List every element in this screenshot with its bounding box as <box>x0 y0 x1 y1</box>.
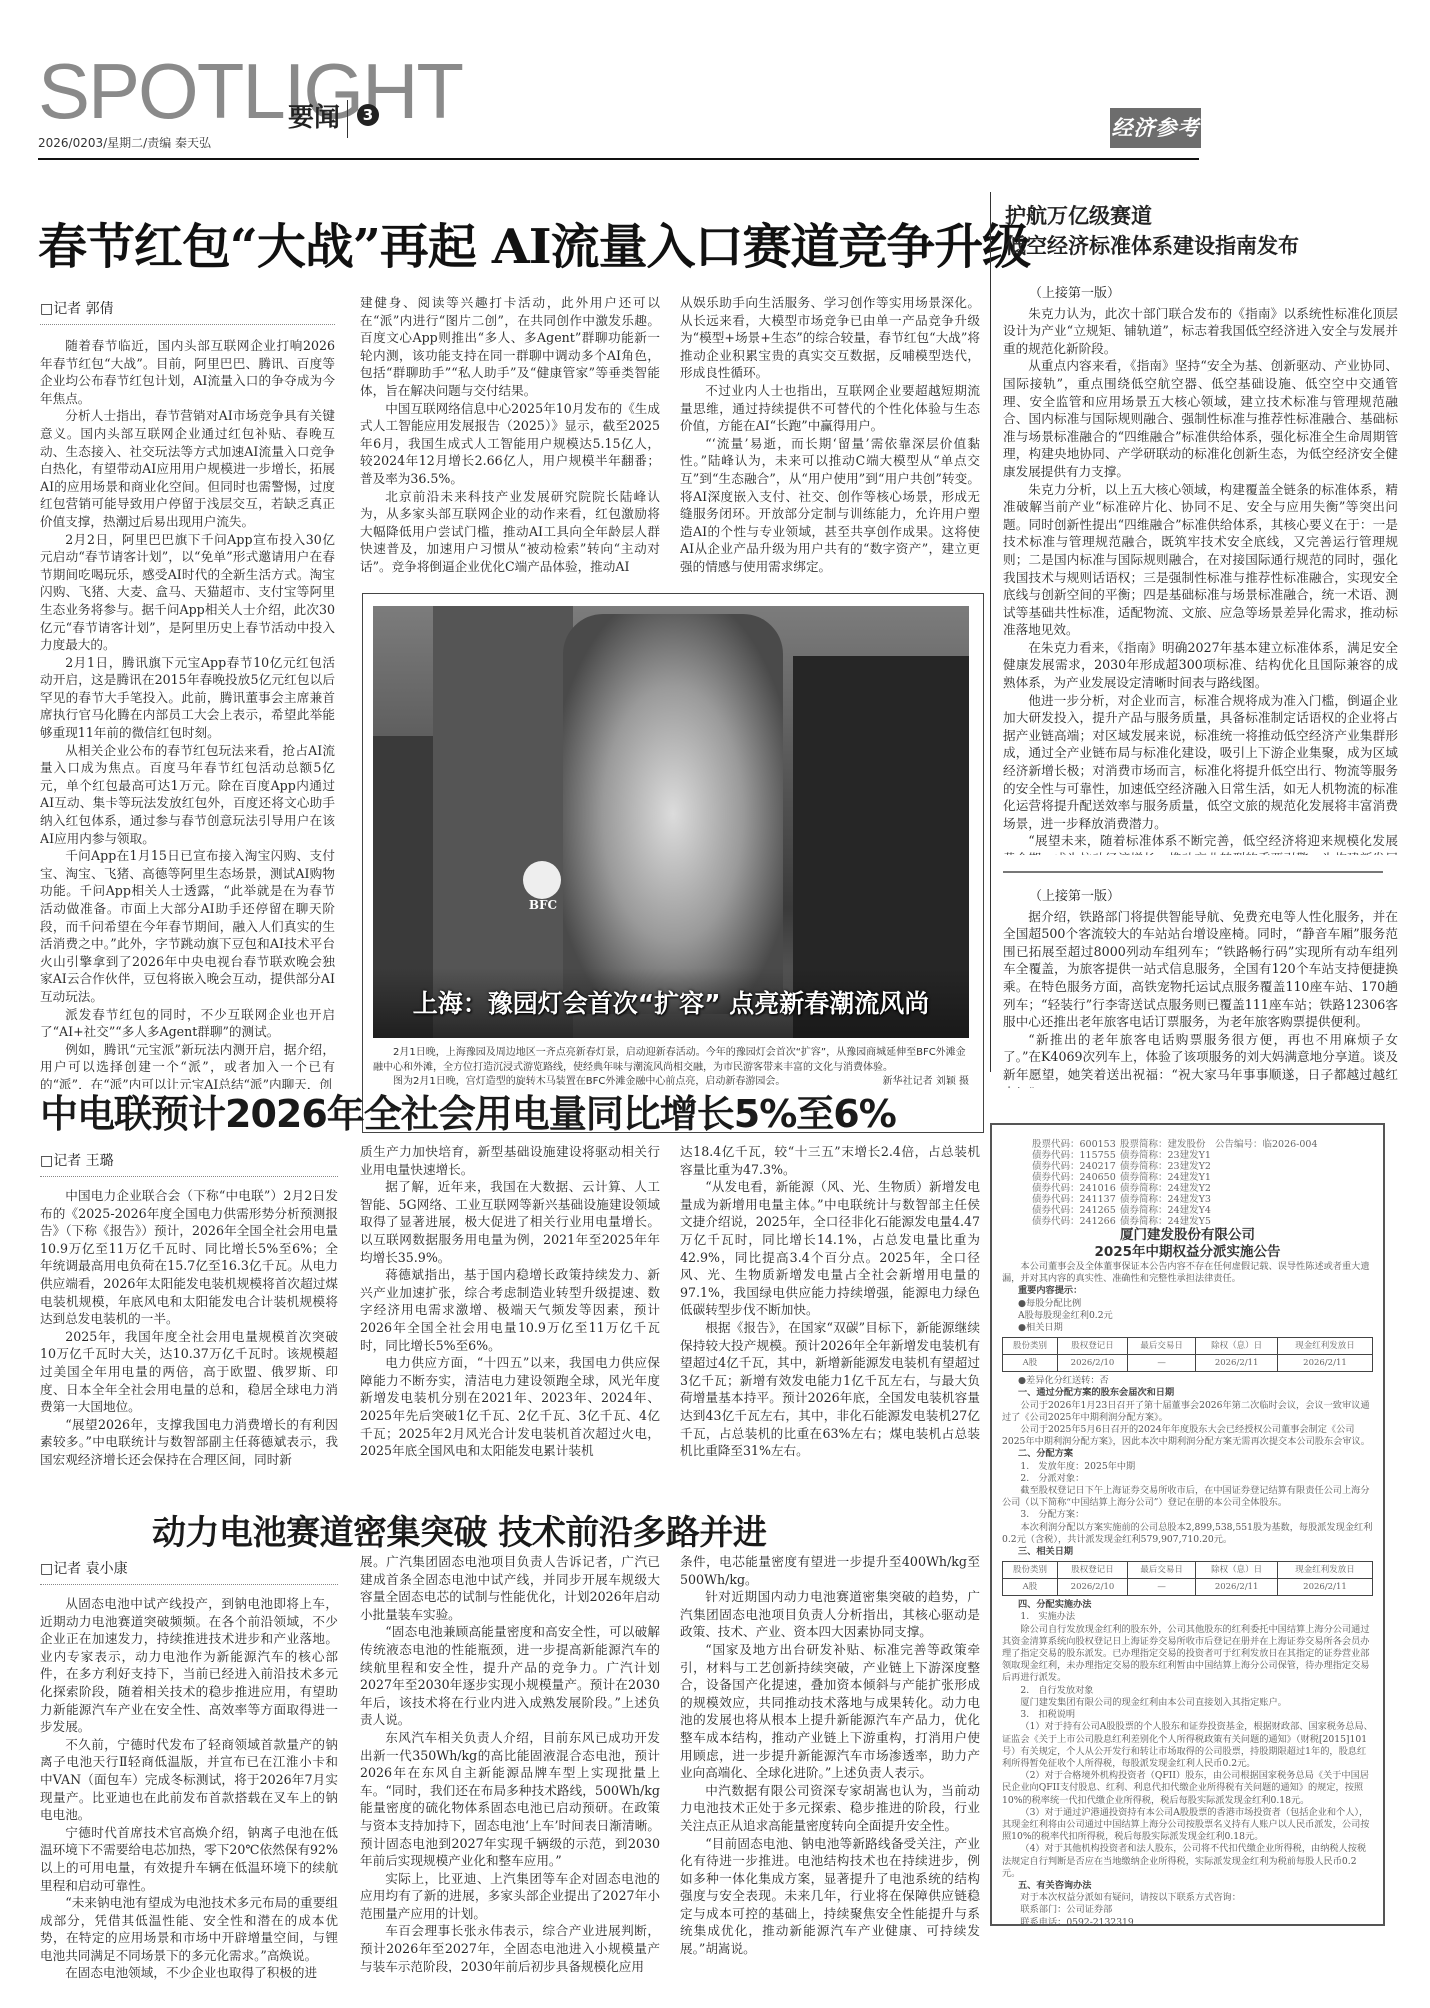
main-headline: 春节红包“大战”再起 AI流量入口赛道竞争升级 <box>38 208 1030 277</box>
battery-article-col3: 条件，电芯能量密度有望进一步提升至400Wh/kg至500Wh/kg。 针对近期… <box>680 1553 980 1973</box>
paragraph: “从发电看，新能源（风、光、生物质）新增发电量成为新增用电量主体。”中电联统计与… <box>680 1178 980 1319</box>
paragraph: 派发春节红包的同时，不少互联网企业也开启了“AI+社交”“多人多Agent群聊”… <box>40 1006 335 1041</box>
paragraph: 中国互联网络信息中心2025年10月发布的《生成式人工智能应用发展报告（2025… <box>360 400 660 488</box>
news-photo[interactable]: BFC 上海：豫园灯会首次“扩容” 点亮新春潮流风尚 <box>373 606 969 1038</box>
sidebar-divider <box>990 192 991 1072</box>
paragraph: 千问App在1月15日已宣布接入淘宝闪购、支付宝、淘宝、飞猪、高德等阿里生态场景… <box>40 847 335 1005</box>
paragraph: 分析人士指出，春节营销对AI市场竞争具有关键意义。国内头部互联网企业通过红包补贴… <box>40 407 335 530</box>
sidebar-headline-line1: 护航万亿级赛道 <box>1005 200 1152 230</box>
dates-table: 股份类别股权登记日最后交易日除权（息）日现金红利发放日 A股2026/2/10—… <box>1002 1561 1373 1596</box>
paragraph: “固态电池兼顾高能量密度和高安全性，可以破解传统液态电池的性能瓶颈，进一步提高新… <box>360 1623 660 1729</box>
paragraph: 在朱克力看来，《指南》明确2027年基本建立标准体系，满足安全健康发展需求，20… <box>1003 639 1398 692</box>
newspaper-logo: 经济参考报 <box>1110 108 1201 148</box>
section-heading: 三、相关日期 <box>1002 1546 1373 1558</box>
paragraph: 建健身、阅读等兴趣打卡活动，此外用户还可以在“派”内进行“图片二创”，在共同创作… <box>360 294 660 400</box>
disclaimer: 本公司董事会及全体董事保证本公告内容不存在任何虚假记载、误导性陈述或者重大遗漏，… <box>1002 1261 1373 1285</box>
dateline: 2026/0203/星期二/责编 秦天弘 <box>38 134 211 151</box>
section-heading: 四、分配实施办法 <box>1002 1599 1373 1611</box>
paragraph: 从娱乐助手向生活服务、学习创作等实用场景深化。从长远来看，大模型市场竞争已由单一… <box>680 294 980 382</box>
paragraph: 中国电力企业联合会（下称“中电联”）2月2日发布的《2025-2026年度全国电… <box>40 1187 338 1328</box>
section-heading: 一、通过分配方案的股东会届次和日期 <box>1002 1387 1373 1399</box>
article-body: 随着春节临近，国内头部互联网企业打响2026年春节红包“大战”。目前，阿里巴巴、… <box>40 337 335 1089</box>
power-article-col2: 质生产力加快培育，新型基础设施建设将驱动相关行业用电量快速增长。 据了解，近年来… <box>360 1143 660 1483</box>
sidebar-article-body: （上接第一版） 朱克力认为，此次十部门联合发布的《指南》以系统性标准化顶层设计为… <box>1003 285 1398 855</box>
bfc-sign <box>523 861 561 899</box>
masthead-rule <box>38 158 1199 160</box>
page-number-badge: 3 <box>357 104 379 126</box>
paragraph: 2025年，我国年度全社会用电量规模首次突破10万亿千瓦时大关，达10.37万亿… <box>40 1328 338 1416</box>
paragraph: 2月1日，腾讯旗下元宝App春节10亿元红包活动开启，这是腾讯在2015年春晚投… <box>40 654 335 742</box>
bullet: ●每股分配比例 <box>1002 1298 1373 1310</box>
main-article-col1: □记者 郭倩 随着春节临近，国内头部互联网企业打响2026年春节红包“大战”。目… <box>40 298 335 1089</box>
paragraph: “目前固态电池、钠电池等新路线备受关注，产业化有待进一步推进。电池结构技术也在持… <box>680 1835 980 1958</box>
paragraph: “新推出的老年旅客电话购票服务很方便，再也不用麻烦子女了。”在K4069次列车上… <box>1003 1031 1398 1088</box>
main-article-col3: 从娱乐助手向生活服务、学习创作等实用场景深化。从长远来看，大模型市场竞争已由单一… <box>680 294 980 576</box>
rail-article-body: （上接第一版） 据介绍，铁路部门将提供智能导航、免费充电等人性化服务，并在全国超… <box>1003 888 1398 1088</box>
bullet: ●相关日期 <box>1002 1322 1373 1334</box>
paragraph: 蒋德斌指出，基于国内稳增长政策持续发力、新兴产业加速扩张，综合考虑制造业转型升级… <box>360 1266 660 1354</box>
article-body: 从固态电池中试产线投产，到钠电池即将上车，近期动力电池赛道突破频频。在各个前沿领… <box>40 1595 338 2000</box>
paragraph: “‘流量’易逝，而长期‘留量’需依靠深层价值黏性。”陆峰认为，未来可以推动C端大… <box>680 435 980 576</box>
section-heading: 二、分配方案 <box>1002 1448 1373 1460</box>
paragraph: 不久前，宁德时代发布了轻商领域首款量产的钠离子电池天行Ⅱ轻商低温版，并宣布已在江… <box>40 1736 338 1824</box>
paragraph: “展望2026年，支撑我国电力消费增长的有利因素较多。”中电联统计与数智部副主任… <box>40 1416 338 1469</box>
paragraph: 车百会理事长张永伟表示，综合产业进展判断，预计2026年至2027年，全固态电池… <box>360 1922 660 1973</box>
paragraph: 在固态电池领域，不少企业也取得了积极的进 <box>40 1964 338 1982</box>
byline: □记者 袁小康 <box>40 1558 338 1585</box>
power-article-col3: 达18.4亿千瓦，较“十三五”末增长2.4倍，占总装机容量比重为47.3%。 “… <box>680 1143 980 1483</box>
bullet: ●差异化分红送转：否 <box>1002 1375 1373 1387</box>
paragraph: 中汽数据有限公司资深专家胡嵩也认为，当前动力电池技术正处于多元探索、稳步推进的阶… <box>680 1782 980 1835</box>
dates-table: 股份类别股权登记日最后交易日除权（息）日现金红利发放日 A股2026/2/10—… <box>1002 1337 1373 1372</box>
section-heading: 五、有关咨询办法 <box>1002 1880 1373 1892</box>
byline: □记者 王璐 <box>40 1150 338 1177</box>
paragraph: 从相关企业公布的春节红包玩法来看，抢占AI流量入口成为焦点。百度马年春节红包活动… <box>40 742 335 848</box>
bfc-sign-text: BFC <box>523 898 563 912</box>
battery-headline: 动力电池赛道密集突破 技术前沿多路并进 <box>152 1505 766 1554</box>
article-body: 中国电力企业联合会（下称“中电联”）2月2日发布的《2025-2026年度全国电… <box>40 1187 338 1497</box>
battery-article-col1: □记者 袁小康 从固态电池中试产线投产，到钠电池即将上车，近期动力电池赛道突破频… <box>40 1558 338 2000</box>
paragraph: 据了解，近年来，我国在大数据、云计算、人工智能、5G网络、工业互联网等新兴基础设… <box>360 1178 660 1266</box>
security-codes: 股票代码：600153股票简称：建发股份公告编号：临2026-004 债券代码：… <box>1002 1139 1373 1227</box>
sidebar-rule <box>1003 871 1383 873</box>
sidebar-headline-line2: 低空经济标准体系建设指南发布 <box>1005 230 1299 260</box>
masthead-divider <box>347 100 348 138</box>
paragraph: 不过业内人士也指出，互联网企业要超越短期流量思维，通过持续提供不可替代的个性化体… <box>680 382 980 435</box>
paragraph: “展望未来，随着标准体系不断完善，低空经济将迎来规模化发展黄金期，成为拉动经济增… <box>1003 832 1398 855</box>
section-name: 要闻 <box>288 97 340 134</box>
paragraph: 达18.4亿千瓦，较“十三五”末增长2.4倍，占总装机容量比重为47.3%。 <box>680 1143 980 1178</box>
paragraph: 例如，腾讯“元宝派”新玩法内测开启，据介绍，用户可以选择创建一个“派”，或者加入… <box>40 1041 335 1089</box>
paragraph: 宁德时代首席技术官高焕介绍，钠离子电池在低温环境下不需要给电芯加热，零下20℃依… <box>40 1824 338 1894</box>
paragraph: 展。广汽集团固态电池项目负责人告诉记者，广汽已建成首条全固态电池中试产线，并同步… <box>360 1553 660 1623</box>
dividend-announcement: 股票代码：600153股票简称：建发股份公告编号：临2026-004 债券代码：… <box>990 1123 1385 1926</box>
paragraph: “未来钠电池有望成为电池技术多元布局的重要组成部分，凭借其低温性能、安全性和潜在… <box>40 1894 338 1964</box>
paragraph: 质生产力加快培育，新型基础设施建设将驱动相关行业用电量快速增长。 <box>360 1143 660 1178</box>
section-wordmark: SPOTLIGHT <box>38 52 462 130</box>
paragraph: 朱克力分析，以上五大核心领域，构建覆盖全链条的标准体系，精准破解当前产业“标准碎… <box>1003 481 1398 639</box>
announcement-title: 2025年中期权益分派实施公告 <box>1002 1244 1373 1261</box>
paragraph: 随着春节临近，国内头部互联网企业打响2026年春节红包“大战”。目前，阿里巴巴、… <box>40 337 335 407</box>
paragraph: 从重点内容来看，《指南》坚持“安全为基、创新驱动、产业协同、国际接轨”，重点围绕… <box>1003 357 1398 480</box>
continued-label: （上接第一版） <box>1003 888 1398 906</box>
paragraph: 朱克力认为，此次十部门联合发布的《指南》以系统性标准化顶层设计为产业“立规矩、铺… <box>1003 305 1398 358</box>
caption-text: 2月1日晚，上海豫园及周边地区一齐点亮新春灯景，启动迎新春活动。今年的豫园灯会首… <box>373 1046 969 1075</box>
company-name: 厦门建发股份有限公司 <box>1002 1227 1373 1244</box>
paragraph: 针对近期国内动力电池赛道密集突破的趋势，广汽集团固态电池项目负责人分析指出，其核… <box>680 1588 980 1641</box>
paragraph: 电力供应方面，“十四五”以来，我国电力供应保障能力不断夯实，清洁电力建设领跑全球… <box>360 1354 660 1460</box>
paragraph: 根据《报告》，在国家“双碳”目标下，新能源继续保持较大投产规模。预计2026年全… <box>680 1319 980 1460</box>
byline: □记者 郭倩 <box>40 298 335 325</box>
power-article-col1: □记者 王璐 中国电力企业联合会（下称“中电联”）2月2日发布的《2025-20… <box>40 1150 338 1497</box>
paragraph: 实际上，比亚迪、上汽集团等车企对固态电池的应用均有了新的进展，多家头部企业提出了… <box>360 1870 660 1923</box>
section-label: 重要内容提示： <box>1002 1285 1373 1297</box>
battery-article-col2: 展。广汽集团固态电池项目负责人告诉记者，广汽已建成首条全固态电池中试产线，并同步… <box>360 1553 660 1973</box>
continued-label: （上接第一版） <box>1003 285 1398 303</box>
paragraph: 东风汽车相关负责人介绍，目前东风已成功开发出新一代350Wh/kg的高比能固液混… <box>360 1729 660 1870</box>
per-share-value: A股每股现金红利0.2元 <box>1002 1310 1373 1322</box>
paragraph: 条件，电芯能量密度有望进一步提升至400Wh/kg至500Wh/kg。 <box>680 1553 980 1588</box>
photo-overlay-title: 上海：豫园灯会首次“扩容” 点亮新春潮流风尚 <box>373 984 969 1020</box>
paragraph: 北京前沿未来科技产业发展研究院院长陆峰认为，从多家头部互联网企业的动作来看，红包… <box>360 488 660 576</box>
paragraph: “国家及地方出台研发补贴、标准完善等政策牵引，材料与工艺创新持续突破，产业链上下… <box>680 1641 980 1782</box>
paragraph: 他进一步分析，对企业而言，标准合规将成为准入门槛，倒逼企业加大研发投入，提升产品… <box>1003 692 1398 833</box>
paragraph: 从固态电池中试产线投产，到钠电池即将上车，近期动力电池赛道突破频频。在各个前沿领… <box>40 1595 338 1736</box>
news-photo-frame: BFC 上海：豫园灯会首次“扩容” 点亮新春潮流风尚 2月1日晚，上海豫园及周边… <box>362 593 984 1133</box>
paragraph: 2月2日，阿里巴巴旗下千问App宣布投入30亿元启动“春节请客计划”，以“免单”… <box>40 531 335 654</box>
main-article-col2: 建健身、阅读等兴趣打卡活动，此外用户还可以在“派”内进行“图片二创”，在共同创作… <box>360 294 660 576</box>
power-headline: 中电联预计2026年全社会用电量同比增长5%至6% <box>40 1083 896 1138</box>
paragraph: 据介绍，铁路部门将提供智能导航、免费充电等人性化服务，并在全国超500个客流较大… <box>1003 908 1398 1031</box>
